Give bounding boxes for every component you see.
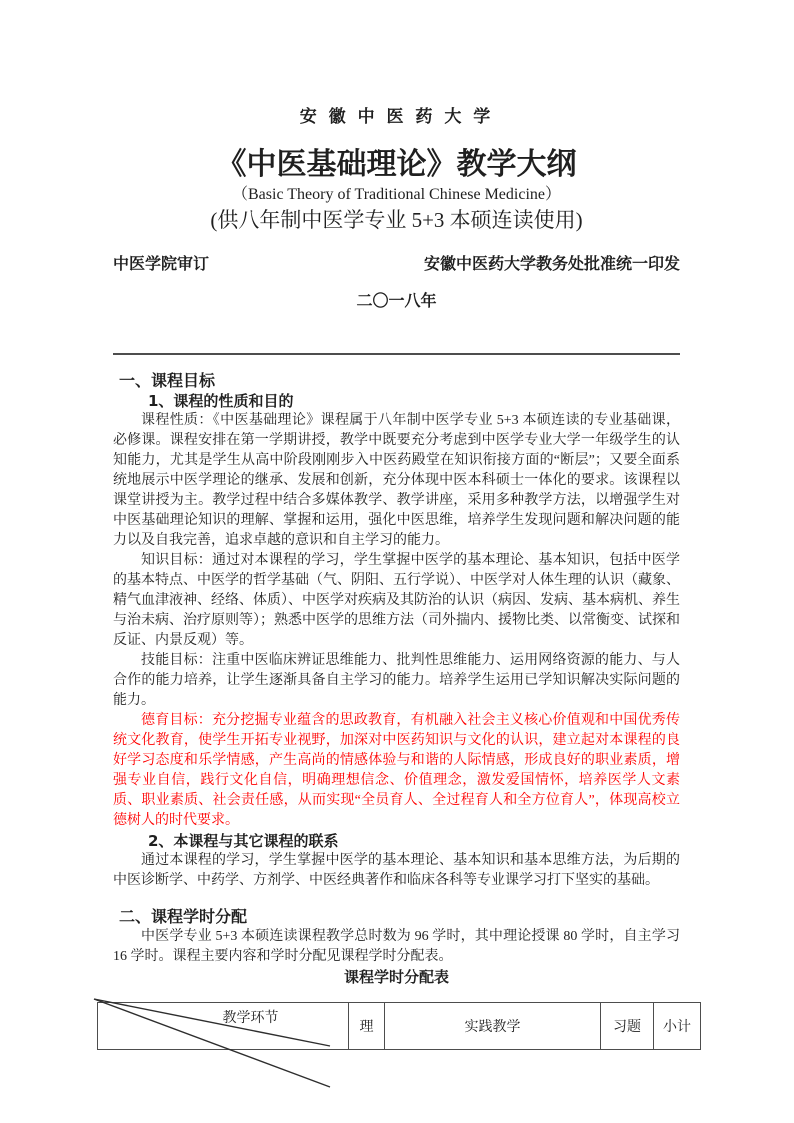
university-name: 安 徽 中 医 药 大 学	[113, 107, 680, 127]
table-header-theory: 理	[349, 1003, 385, 1050]
table-header-teaching-stage: 教学环节	[98, 1003, 349, 1050]
table-header-subtotal: 小计	[654, 1003, 701, 1050]
paragraph-hours-allocation: 中医学专业 5+3 本硕连读课程教学总时数为 96 学时，其中理论授课 80 学…	[113, 927, 680, 967]
document-content: 安 徽 中 医 药 大 学 《中医基础理论》教学大纲 （Basic Theory…	[0, 0, 794, 1050]
reviewer-label: 中医学院审订	[113, 254, 209, 274]
issuer-label: 安徽中医药大学教务处批准统一印发	[424, 254, 680, 274]
paragraph-course-relation: 通过本课程的学习，学生掌握中医学的基本理论、基本知识和基本思维方法，为后期的中医…	[113, 851, 680, 891]
table-header-teaching-stage-label: 教学环节	[223, 1011, 279, 1026]
document-title-english: （Basic Theory of Traditional Chinese Med…	[113, 185, 680, 205]
document-title: 《中医基础理论》教学大纲	[113, 146, 680, 183]
publication-year: 二〇一八年	[113, 291, 680, 311]
paragraph-knowledge-goal: 知识目标：通过对本课程的学习，学生掌握中医学的基本理论、基本知识，包括中医学的基…	[113, 551, 680, 651]
table-header-practice: 实践教学	[385, 1003, 601, 1050]
review-row: 中医学院审订 安徽中医药大学教务处批准统一印发	[113, 254, 680, 274]
section-1-heading: 一、课程目标	[113, 371, 680, 391]
hours-allocation-table: 教学环节 理 实践教学 习题 小计	[97, 1002, 701, 1050]
section-1-sub-2-heading: 2、本课程与其它课程的联系	[113, 831, 680, 851]
section-1-sub-1-heading: 1、课程的性质和目的	[113, 391, 680, 411]
edition-note: (供八年制中医学专业 5+3 本硕连读使用)	[113, 207, 680, 233]
paragraph-course-nature: 课程性质：《中医基础理论》课程属于八年制中医学专业 5+3 本硕连读的专业基础课…	[113, 411, 680, 551]
hours-table-title: 课程学时分配表	[113, 967, 680, 987]
horizontal-divider	[113, 353, 680, 355]
table-diagonal-lines-icon	[94, 999, 344, 1094]
table-header-row: 教学环节 理 实践教学 习题 小计	[98, 1003, 701, 1050]
paragraph-skill-goal: 技能目标：注重中医临床辨证思维能力、批判性思维能力、运用网络资源的能力、与人合作…	[113, 651, 680, 711]
document-page: 安 徽 中 医 药 大 学 《中医基础理论》教学大纲 （Basic Theory…	[0, 0, 794, 1123]
table-header-exercise: 习题	[601, 1003, 654, 1050]
section-2-heading: 二、课程学时分配	[113, 907, 680, 927]
paragraph-moral-goal: 德育目标：充分挖掘专业蕴含的思政教育，有机融入社会主义核心价值观和中国优秀传统文…	[113, 711, 680, 831]
